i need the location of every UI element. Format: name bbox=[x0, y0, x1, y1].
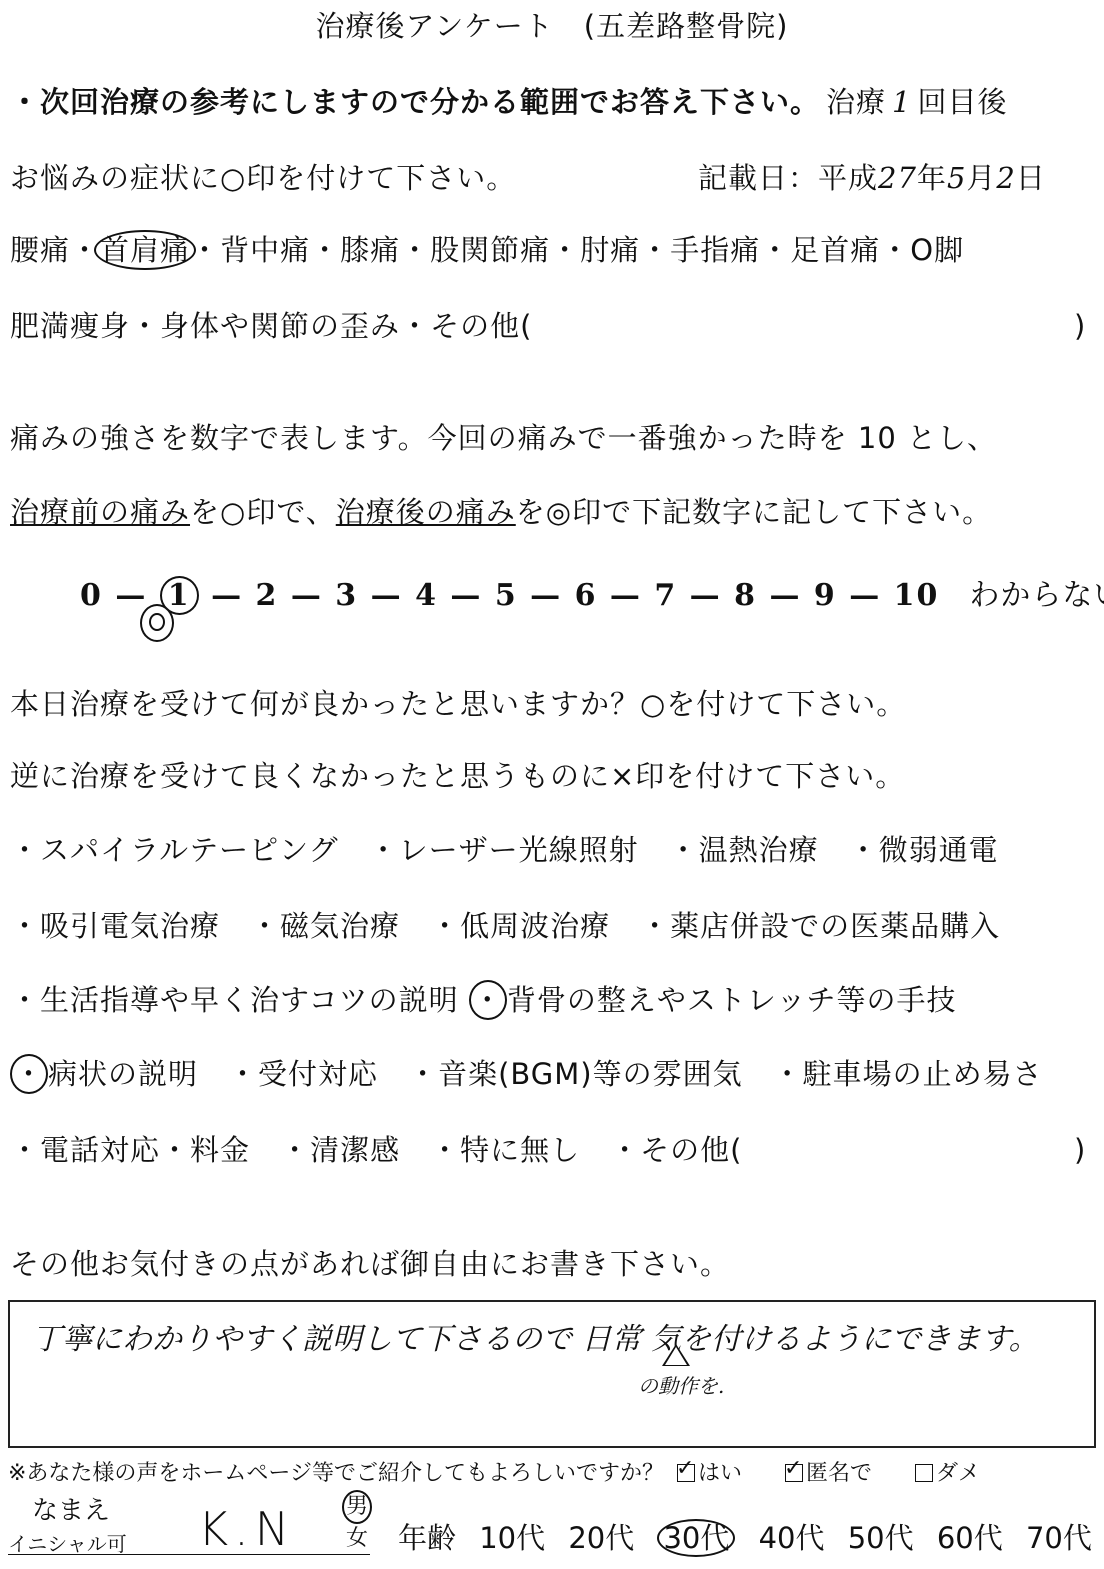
date-month-field[interactable]: 5 bbox=[947, 161, 966, 195]
age-option[interactable]: 70代 bbox=[1026, 1521, 1092, 1555]
gender-options: 男 女 bbox=[342, 1490, 372, 1554]
age-option-selected[interactable]: 30代 bbox=[657, 1519, 735, 1557]
scale-2[interactable]: 2 bbox=[256, 578, 279, 613]
name-value: K.N bbox=[198, 1502, 295, 1556]
other-close-paren: ) bbox=[1074, 1132, 1086, 1168]
before-pain-text: を○印で、 bbox=[190, 495, 336, 529]
permission-question: ※あなた様の声をホームページ等でご紹介してもよろしいですか？ bbox=[8, 1461, 664, 1486]
gender-female[interactable]: 女 bbox=[346, 1526, 368, 1551]
symptom-option[interactable]: 肘痛 bbox=[580, 233, 640, 267]
visit-suffix: 回目後 bbox=[917, 85, 1007, 119]
option-no[interactable]: ダメ bbox=[915, 1461, 980, 1486]
symptom-option[interactable]: 足首痛 bbox=[790, 233, 880, 267]
scale-8[interactable]: 8 bbox=[734, 578, 757, 613]
insertion-caret-icon bbox=[662, 1344, 690, 1366]
comment-box[interactable]: 丁寧にわかりやすく説明して下さるので 日常 気を付けるようにできます。 の動作を… bbox=[8, 1300, 1096, 1448]
symptom-row-2: 肥満痩身・身体や関節の歪み・その他( bbox=[10, 308, 532, 344]
option-anonymous-label: 匿名で bbox=[806, 1461, 872, 1486]
treatment-option[interactable]: 低周波治療 bbox=[460, 909, 610, 943]
symptom-option-selected[interactable]: 首肩痛 bbox=[94, 230, 196, 270]
age-label: 年齢 bbox=[398, 1521, 456, 1555]
intro-text: ・次回治療の参考にしますので分かる範囲でお答え下さい。 bbox=[10, 85, 820, 119]
checkbox-empty-icon[interactable] bbox=[915, 1464, 933, 1482]
treatment-option[interactable]: 音楽(BGM)等の雰囲気 bbox=[438, 1057, 743, 1091]
scale-4[interactable]: 4 bbox=[415, 578, 438, 613]
comment-insertion: の動作を. bbox=[638, 1370, 724, 1399]
comment-instruction: その他お気付きの点があれば御自由にお書き下さい。 bbox=[10, 1246, 730, 1282]
treatment-option[interactable]: レーザー光線照射 bbox=[399, 833, 639, 867]
name-field[interactable]: なまえ イニシャル可 K.N bbox=[8, 1490, 368, 1560]
treatment-option-selected[interactable]: 背骨の整えやストレッチ等の手技 bbox=[507, 983, 957, 1017]
symptom-instruction: お悩みの症状に○印を付けて下さい。 bbox=[10, 160, 516, 196]
other-close-paren: ) bbox=[1074, 308, 1086, 344]
day-unit: 日 bbox=[1016, 161, 1046, 195]
bad-instruction: 逆に治療を受けて良くなかったと思うものに×印を付けて下さい。 bbox=[10, 758, 905, 794]
treatment-option[interactable]: 特に無し bbox=[460, 1133, 580, 1167]
treatment-option[interactable]: 温熱治療 bbox=[699, 833, 819, 867]
visit-prefix: 治療 bbox=[826, 85, 886, 119]
treatment-option[interactable]: 磁気治療 bbox=[280, 909, 400, 943]
treatment-option-selected[interactable]: 病状の説明 bbox=[48, 1057, 198, 1091]
pain-instruction-2: 治療前の痛みを○印で、治療後の痛みを◎印で下記数字に記して下さい。 bbox=[10, 494, 992, 530]
treatment-row-4: ・病状の説明 ・受付対応 ・音楽(BGM)等の雰囲気 ・駐車場の止め易さ bbox=[10, 1056, 1043, 1092]
treatment-option[interactable]: 料金 bbox=[190, 1133, 250, 1167]
option-yes[interactable]: はい bbox=[677, 1461, 742, 1486]
comment-text: 丁寧にわかりやすく説明して下さるので 日常 気を付けるようにできます。 bbox=[32, 1314, 1039, 1358]
date-label: 記載日：平成 bbox=[698, 161, 878, 195]
permission-question-line: ※あなた様の声をホームページ等でご紹介してもよろしいですか？ はい 匿名で ダメ bbox=[8, 1456, 980, 1487]
circle-mark: ・ bbox=[10, 1054, 48, 1094]
treatment-option[interactable]: 吸引電気治療 bbox=[40, 909, 220, 943]
scale-5[interactable]: 5 bbox=[495, 578, 518, 613]
after-pain-text: を◎印で下記数字に記して下さい。 bbox=[516, 495, 992, 529]
symptom-option[interactable]: 背中痛 bbox=[220, 233, 310, 267]
treatment-row-2: ・吸引電気治療 ・磁気治療 ・低周波治療 ・薬店併設での医薬品購入 bbox=[10, 908, 1000, 944]
pain-instruction-1: 痛みの強さを数字で表します。今回の痛みで一番強かった時を 10 とし、 bbox=[10, 420, 997, 456]
initial-label: イニシャル可 bbox=[8, 1528, 127, 1557]
scale-6[interactable]: 6 bbox=[575, 578, 598, 613]
treatment-row-1: ・スパイラルテーピング ・レーザー光線照射 ・温熱治療 ・微弱通電 bbox=[10, 832, 999, 868]
intro-line: ・次回治療の参考にしますので分かる範囲でお答え下さい。治療1回目後 bbox=[10, 84, 1008, 120]
form-title: 治療後アンケート (五差路整骨院) bbox=[0, 8, 1104, 44]
checkbox-checked-icon[interactable] bbox=[677, 1464, 695, 1482]
treatment-option[interactable]: 清潔感 bbox=[310, 1133, 400, 1167]
age-option[interactable]: 20代 bbox=[568, 1521, 634, 1555]
symptom-row-1: 腰痛・首肩痛・背中痛・膝痛・股関節痛・肘痛・手指痛・足首痛・O脚 bbox=[10, 232, 964, 268]
symptom-option[interactable]: 股関節痛 bbox=[430, 233, 550, 267]
age-option[interactable]: 40代 bbox=[759, 1521, 825, 1555]
treatment-option[interactable]: 薬店併設での医薬品購入 bbox=[670, 909, 1000, 943]
age-option[interactable]: 50代 bbox=[848, 1521, 914, 1555]
good-instruction: 本日治療を受けて何が良かったと思いますか？○を付けて下さい。 bbox=[10, 686, 906, 722]
symptom-option[interactable]: O脚 bbox=[910, 233, 964, 267]
treatment-row-5: ・電話対応・料金 ・清潔感 ・特に無し ・その他( bbox=[10, 1132, 742, 1168]
treatment-option[interactable]: 微弱通電 bbox=[879, 833, 999, 867]
symptom-option[interactable]: 身体や関節の歪み bbox=[160, 309, 400, 343]
symptom-option[interactable]: 膝痛 bbox=[340, 233, 400, 267]
treatment-row-3: ・生活指導や早く治すコツの説明 ・背骨の整えやストレッチ等の手技 bbox=[10, 982, 957, 1018]
date-day-field[interactable]: 2 bbox=[996, 161, 1015, 195]
symptom-option[interactable]: 腰痛 bbox=[10, 233, 70, 267]
date-year-field[interactable]: 27 bbox=[878, 161, 917, 195]
scale-3[interactable]: 3 bbox=[335, 578, 358, 613]
checkbox-checked-icon[interactable] bbox=[785, 1464, 803, 1482]
treatment-option-other[interactable]: その他( bbox=[640, 1133, 742, 1167]
treatment-option[interactable]: スパイラルテーピング bbox=[40, 833, 339, 867]
symptom-option[interactable]: 肥満痩身 bbox=[10, 309, 130, 343]
scale-unknown[interactable]: わからない bbox=[969, 578, 1104, 613]
double-circle-mark bbox=[140, 604, 174, 642]
option-anonymous[interactable]: 匿名で bbox=[785, 1461, 872, 1486]
name-underline bbox=[8, 1554, 370, 1555]
symptom-option-other[interactable]: その他( bbox=[430, 309, 532, 343]
after-pain-label: 治療後の痛み bbox=[336, 495, 516, 529]
treatment-option[interactable]: 受付対応 bbox=[258, 1057, 378, 1091]
scale-7[interactable]: 7 bbox=[654, 578, 677, 613]
age-option[interactable]: 60代 bbox=[937, 1521, 1003, 1555]
year-unit: 年 bbox=[917, 161, 947, 195]
circle-mark: ・ bbox=[469, 980, 507, 1020]
scale-10[interactable]: 10 bbox=[894, 578, 940, 613]
treatment-option[interactable]: 駐車場の止め易さ bbox=[803, 1057, 1043, 1091]
treatment-option[interactable]: 電話対応 bbox=[40, 1133, 160, 1167]
scale-9[interactable]: 9 bbox=[814, 578, 837, 613]
pain-scale: 0 — 1 — 2 — 3 — 4 — 5 — 6 — 7 — 8 — 9 — … bbox=[80, 570, 1104, 614]
age-options: 年齢 10代 20代 30代 40代 50代 60代 70代 bbox=[398, 1516, 1102, 1557]
option-no-label: ダメ bbox=[936, 1461, 980, 1486]
scale-0[interactable]: 0 bbox=[80, 578, 103, 613]
date-field: 記載日：平成27年5月2日 bbox=[698, 160, 1046, 196]
treatment-option[interactable]: 生活指導や早く治すコツの説明 bbox=[40, 983, 459, 1017]
age-option[interactable]: 10代 bbox=[479, 1521, 545, 1555]
visit-count-field[interactable]: 1 bbox=[892, 85, 911, 119]
before-pain-label: 治療前の痛み bbox=[10, 495, 190, 529]
gender-male-selected[interactable]: 男 bbox=[342, 1490, 372, 1524]
name-label: なまえ bbox=[32, 1490, 110, 1527]
option-yes-label: はい bbox=[698, 1461, 742, 1486]
month-unit: 月 bbox=[966, 161, 996, 195]
symptom-option[interactable]: 手指痛 bbox=[670, 233, 760, 267]
